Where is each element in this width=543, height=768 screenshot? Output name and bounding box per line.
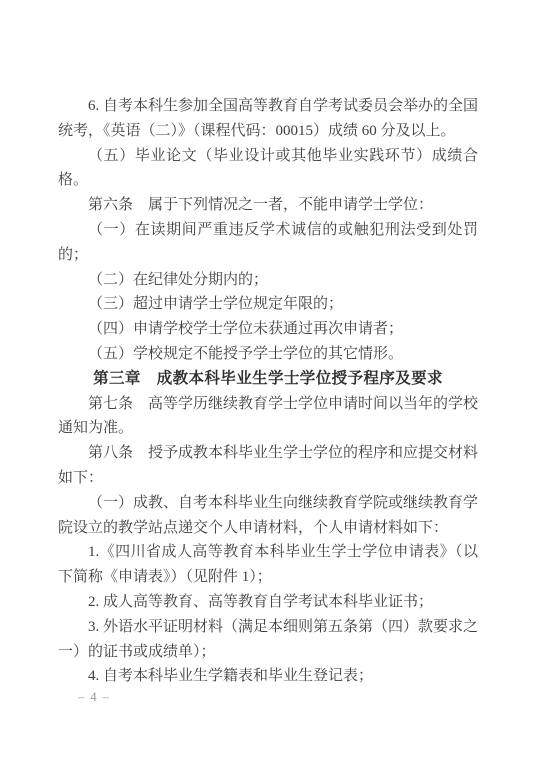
document-body: 6. 自考本科生参加全国高等教育自学考试委员会举办的全国统考，《英语（二）》（课… (58, 94, 478, 689)
paragraph: 第六条 属于下列情况之一者，不能申请学士学位： (58, 193, 478, 218)
paragraph: 第七条 高等学历继续教育学士学位申请时间以当年的学校通知为准。 (58, 392, 478, 442)
paragraph: （二）在纪律处分期内的； (58, 268, 478, 293)
paragraph: （一）成教、自考本科毕业生向继续教育学院或继续教育学院设立的教学站点递交个人申请… (58, 491, 478, 541)
paragraph: 1.《四川省成人高等教育本科毕业生学士学位申请表》（以下简称《申请表》）（见附件… (58, 540, 478, 590)
paragraph: 第八条 授予成教本科毕业生学士学位的程序和应提交材料如下： (58, 441, 478, 491)
chapter-heading: 第三章 成教本科毕业生学士学位授予程序及要求 (58, 367, 478, 392)
page-number: – 4 – (78, 690, 111, 705)
paragraph: 3. 外语水平证明材料（满足本细则第五条第（四）款要求之一）的证书或成绩单）； (58, 615, 478, 665)
paragraph: （四）申请学校学士学位未获通过再次申请者； (58, 317, 478, 342)
paragraph: （五）学校规定不能授予学士学位的其它情形。 (58, 342, 478, 367)
paragraph: （三）超过申请学士学位规定年限的； (58, 292, 478, 317)
document-page: 6. 自考本科生参加全国高等教育自学考试委员会举办的全国统考，《英语（二）》（课… (0, 0, 543, 768)
paragraph: 6. 自考本科生参加全国高等教育自学考试委员会举办的全国统考，《英语（二）》（课… (58, 94, 478, 144)
paragraph: 2. 成人高等教育、高等教育自学考试本科毕业证书； (58, 590, 478, 615)
paragraph: （一）在读期间严重违反学术诚信的或触犯刑法受到处罚的； (58, 218, 478, 268)
paragraph: （五）毕业论文（毕业设计或其他毕业实践环节）成绩合格。 (58, 144, 478, 194)
paragraph: 4. 自考本科毕业生学籍表和毕业生登记表； (58, 664, 478, 689)
